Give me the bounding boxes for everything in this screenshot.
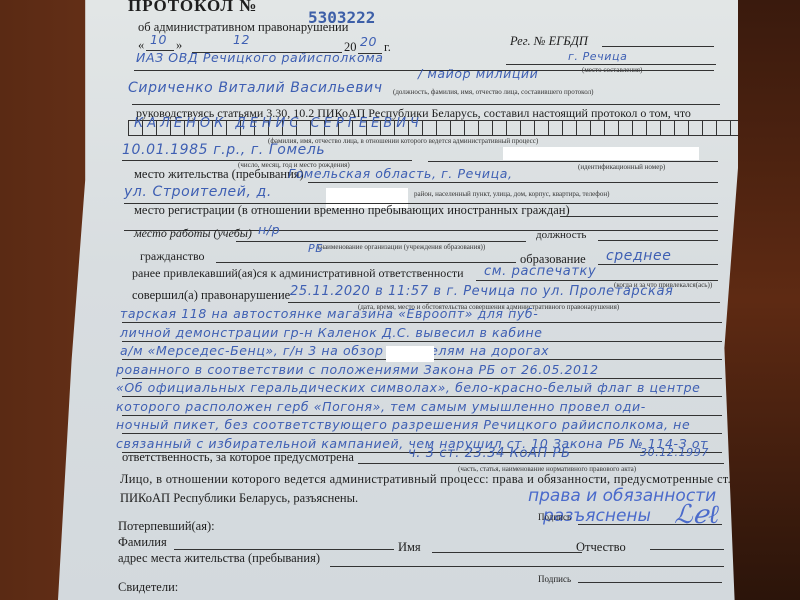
prior-value: см. распечатку	[484, 264, 596, 279]
registration-label: место регистрации (в отношении временно …	[134, 203, 570, 218]
residence-caption: район, населенный пункт, улица, дом, кор…	[414, 190, 609, 198]
signature-label: Подпись	[538, 512, 571, 522]
victim-label: Потерпевший(ая):	[118, 519, 215, 534]
protocol-paper: ПРОТОКОЛ № 5303222 об административном п…	[58, 0, 738, 600]
offense-line: а/м «Мерседес-Бенц», г/н 3 на обзор води…	[120, 343, 549, 358]
offense-line: ночный пикет, без соответствующего разре…	[116, 417, 690, 432]
signature-label-2: Подпись	[538, 574, 571, 584]
id-caption: (идентификационный номер)	[578, 163, 665, 171]
prior-label: ранее привлекавший(ая)ся к административ…	[132, 266, 464, 281]
rights-text-line2: ПИКоАП Республики Беларусь, разъяснены.	[120, 491, 358, 506]
witnesses-label: Свидетели:	[118, 580, 178, 595]
date-year-suffix: 20	[360, 34, 377, 49]
education-value: среднее	[606, 248, 671, 264]
offense-line: рованного в соответствии с положениями З…	[116, 362, 599, 377]
position-label: должность	[536, 229, 586, 241]
reg-label: Рег. № ЕГБДП	[510, 34, 588, 49]
birth-value: 10.01.1985 г.р., г. Гомель	[122, 142, 325, 158]
date-day: 10	[150, 32, 167, 47]
residence-value2: ул. Строителей, д.	[124, 184, 272, 200]
rights-text-line1: Лицо, в отношении которого ведется админ…	[120, 472, 751, 487]
liability-label: ответственность, за которое предусмотрен…	[122, 450, 354, 465]
offense-label: совершил(а) правонарушение	[132, 288, 290, 303]
residence-label: место жительства (пребывания)	[134, 167, 304, 182]
residence-value1: Гомельская область, г. Речица,	[288, 166, 513, 181]
place-value: г. Речица	[568, 50, 627, 63]
liability-value: ч. 3 ст. 23.34 КоАП РБ	[408, 446, 571, 461]
name-label: Имя	[398, 540, 421, 555]
work-label: место работы (учебы)	[134, 226, 252, 241]
citizenship-label: гражданство	[140, 249, 205, 264]
protocol-title: ПРОТОКОЛ №	[128, 0, 257, 16]
liability-date: 30.12.1997	[640, 446, 709, 459]
surname-label: Фамилия	[118, 535, 167, 550]
official-suffix: / майор милиции	[418, 66, 538, 81]
offense-value: 25.11.2020 в 11:57 в г. Речица по ул. Пр…	[290, 284, 673, 299]
signature-mark: ℒℯℓ	[674, 500, 719, 530]
date-month: 12	[233, 32, 250, 47]
official-caption: (должность, фамилия, имя, отчество лица,…	[393, 88, 593, 96]
offense-line: личной демонстрации гр-н Каленок Д.С. вы…	[120, 325, 543, 340]
redacted-plate-number	[386, 346, 434, 362]
date-year-label: г.	[384, 40, 391, 55]
offense-line: «Об официальных геральдических символах»…	[116, 380, 700, 395]
work-value: н/р	[258, 222, 280, 237]
work-caption: (наименование организации (учреждения об…	[318, 243, 485, 251]
offense-line: которого расположен герб «Погоня», тем с…	[116, 399, 646, 414]
citizenship-value: РБ	[308, 242, 323, 255]
patronymic-label: Отчество	[576, 540, 626, 555]
redacted-id-number	[503, 147, 699, 160]
official-line1: ИАЗ ОВД Речицкого райисполкома	[136, 50, 384, 65]
address-label: адрес места жительства (пребывания)	[118, 551, 320, 566]
official-line2: Сириченко Виталий Васильевич	[128, 80, 383, 96]
person-name: КАЛЕНОК ДЕНИС СЕРГЕЕВИЧ	[134, 116, 423, 131]
offense-line: тарская 118 на автостоянке магазина «Евр…	[120, 306, 538, 321]
